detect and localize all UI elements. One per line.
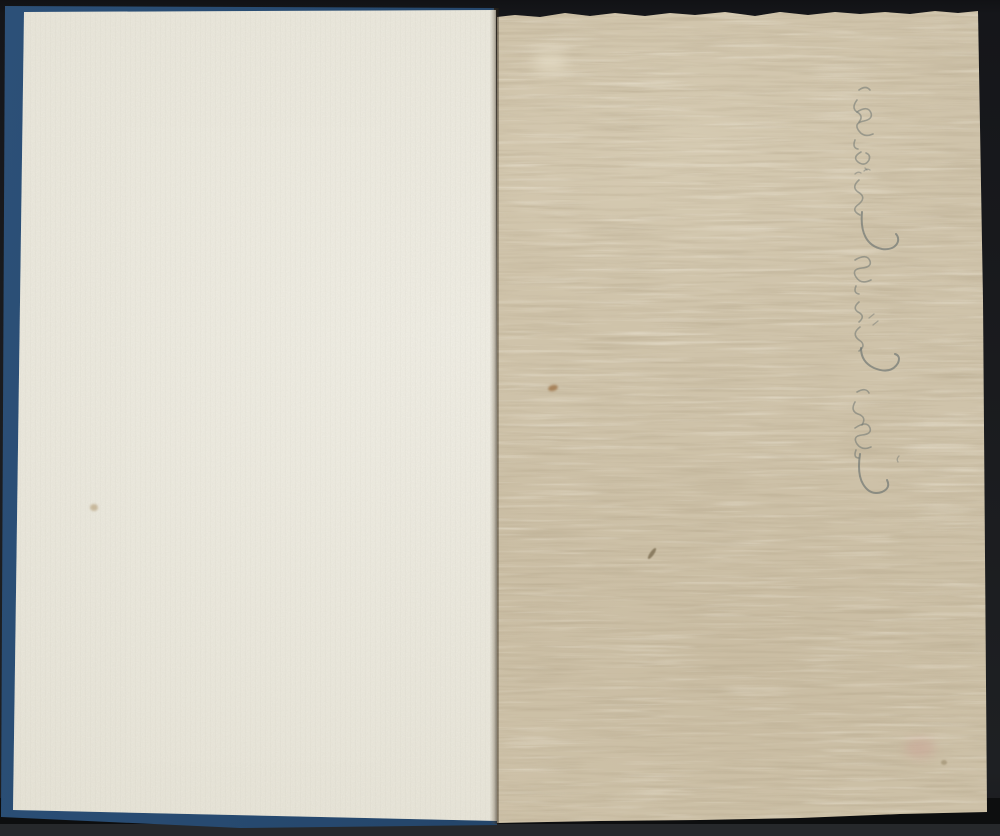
paper-blemish (941, 760, 947, 765)
calligraphy-inscription (815, 78, 925, 498)
scan-background-bottom (0, 824, 1000, 836)
paper-blemish (90, 504, 98, 511)
paper-blemish (905, 738, 935, 758)
paper-blemish (533, 48, 567, 74)
page-seam (490, 8, 499, 824)
photo-frame (0, 0, 1000, 836)
